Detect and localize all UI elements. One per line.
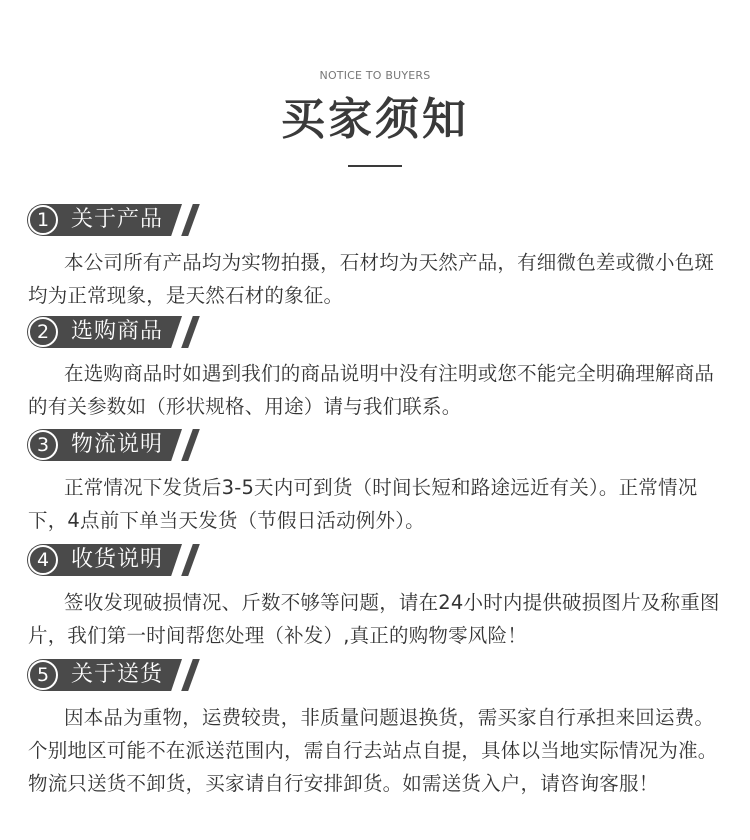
section-heading: 关于送货 <box>71 659 163 691</box>
section-heading-badge: 1 关于产品 <box>27 204 194 236</box>
section-heading-badge: 3 物流说明 <box>27 429 194 461</box>
badge-bar: 5 关于送货 <box>27 659 182 691</box>
section-heading: 收货说明 <box>71 544 163 576</box>
section-heading: 关于产品 <box>71 204 163 236</box>
section-heading-badge: 5 关于送货 <box>27 659 194 691</box>
slash-decoration-icon <box>181 429 200 461</box>
page-title: 买家须知 <box>0 90 750 150</box>
section-body: 在选购商品时如遇到我们的商品说明中没有注明或您不能完全明确理解商品的有关参数如（… <box>28 357 728 423</box>
title-divider <box>348 165 402 167</box>
section-heading-badge: 4 收货说明 <box>27 544 194 576</box>
section-heading: 物流说明 <box>71 429 163 461</box>
slash-decoration-icon <box>181 204 200 236</box>
section-number: 2 <box>28 317 58 347</box>
section-body: 正常情况下发货后3-5天内可到货（时间长短和路途远近有关）。正常情况下，4点前下… <box>28 471 728 537</box>
section-number: 3 <box>28 430 58 460</box>
slash-decoration-icon <box>181 316 200 348</box>
section-heading-badge: 2 选购商品 <box>27 316 194 348</box>
section-number: 4 <box>28 545 58 575</box>
section-body: 因本品为重物，运费较贵，非质量问题退换货，需买家自行承担来回运费。个别地区可能不… <box>28 701 728 800</box>
badge-bar: 4 收货说明 <box>27 544 182 576</box>
slash-decoration-icon <box>181 544 200 576</box>
notice-eyebrow: NOTICE TO BUYERS <box>0 69 750 82</box>
slash-decoration-icon <box>181 659 200 691</box>
section-heading: 选购商品 <box>71 316 163 348</box>
badge-bar: 3 物流说明 <box>27 429 182 461</box>
badge-bar: 2 选购商品 <box>27 316 182 348</box>
section-number: 1 <box>28 205 58 235</box>
section-number: 5 <box>28 660 58 690</box>
section-body: 签收发现破损情况、斤数不够等问题，请在24小时内提供破损图片及称重图片，我们第一… <box>28 586 728 652</box>
badge-bar: 1 关于产品 <box>27 204 182 236</box>
section-body: 本公司所有产品均为实物拍摄，石材均为天然产品，有细微色差或微小色斑均为正常现象，… <box>28 246 728 312</box>
